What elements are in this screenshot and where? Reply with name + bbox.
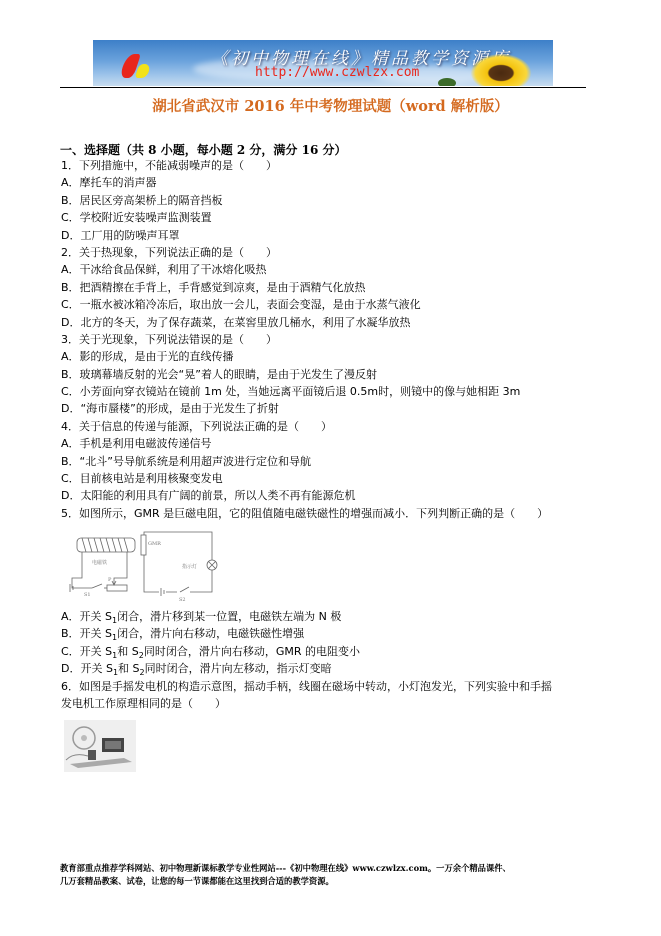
question-stem-continued: 发电机工作原理相同的是（ ） [61, 695, 552, 712]
document-title: 湖北省武汉市 2016 年中考物理试题（word 解析版） [0, 95, 661, 116]
section-heading: 一、选择题（共 8 小题，每小题 2 分，满分 16 分） [60, 141, 346, 158]
circuit-diagram: 电磁铁 GMR 指示灯 P S1 S2 [62, 530, 260, 602]
label-s2: S2 [179, 597, 186, 602]
option: D．北方的冬天，为了保存蔬菜，在菜窖里放几桶水，利用了水凝华放热 [61, 314, 548, 331]
option: A．干冰给食品保鲜，利用了干冰熔化吸热 [61, 261, 548, 278]
option: C．目前核电站是利用核聚变发电 [61, 470, 548, 487]
option: B．“北斗”号导航系统是利用超声波进行定位和导航 [61, 453, 548, 470]
option: D．“海市蜃楼”的形成，是由于光发生了折射 [61, 400, 548, 417]
option: A．影的形成，是由于光的直线传播 [61, 348, 548, 365]
option: C．开关 S1和 S2同时闭合，滑片向右移动，GMR 的电阻变小 [61, 643, 552, 660]
option: A．手机是利用电磁波传递信号 [61, 435, 548, 452]
logo-icon-accent [135, 64, 152, 78]
gmr-icon [141, 535, 146, 555]
option: D．开关 S1和 S2同时闭合，滑片向左移动，指示灯变暗 [61, 660, 552, 677]
label-s1: S1 [84, 592, 91, 598]
sunflower-icon [471, 54, 531, 86]
label-lamp: 指示灯 [182, 563, 197, 570]
option: B．开关 S1闭合，滑片向右移动，电磁铁磁性增强 [61, 625, 552, 642]
option: B．居民区旁高架桥上的隔音挡板 [61, 192, 548, 209]
hand-generator-photo [64, 720, 136, 772]
footer-line: 教育部重点推荐学科网站、初中物理新课标教学专业性网站---《初中物理在线》www… [60, 862, 511, 875]
questions-block-2: A．开关 S1闭合，滑片移到某一位置，电磁铁左端为 N 极 B．开关 S1闭合，… [61, 608, 552, 712]
rheostat-icon [107, 585, 127, 591]
question-stem: 2．关于热现象，下列说法正确的是（ ） [61, 244, 548, 261]
option: C．一瓶水被冰箱冷冻后，取出放一会儿，表面会变湿，是由于水蒸气液化 [61, 296, 548, 313]
question-stem: 3．关于光现象，下列说法错误的是（ ） [61, 331, 548, 348]
label-electromagnet: 电磁铁 [92, 559, 107, 566]
option: C．学校附近安装噪声监测装置 [61, 209, 548, 226]
leaf-icon [438, 78, 456, 86]
banner-url-link[interactable]: http://www.czwlzx.com [255, 65, 419, 80]
site-banner: 《初中物理在线》精品教学资源库 http://www.czwlzx.com [93, 40, 553, 86]
header-divider [60, 87, 586, 88]
option: C．小芳面向穿衣镜站在镜前 1m 处，当她远离平面镜后退 0.5m时，则镜中的像… [61, 383, 548, 400]
question-stem: 1．下列措施中，不能减弱噪声的是（ ） [61, 157, 548, 174]
questions-block-1: 1．下列措施中，不能减弱噪声的是（ ） A．摩托车的消声器 B．居民区旁高架桥上… [61, 157, 548, 522]
label-slider: P [108, 577, 112, 583]
question-stem: 6．如图是手摇发电机的构造示意图，摇动手柄，线圈在磁场中转动，小灯泡发光，下列实… [61, 678, 552, 695]
question-stem: 4．关于信息的传递与能源，下列说法正确的是（ ） [61, 418, 548, 435]
footer-line: 几万套精品教案、试卷，让您的每一节课都能在这里找到合适的教学资源。 [60, 875, 511, 888]
option: A．开关 S1闭合，滑片移到某一位置，电磁铁左端为 N 极 [61, 608, 552, 625]
option: A．摩托车的消声器 [61, 174, 548, 191]
option: D．工厂用的防噪声耳罩 [61, 227, 548, 244]
label-gmr: GMR [148, 541, 161, 547]
option: B．把酒精擦在手背上，手背感觉到凉爽，是由于酒精气化放热 [61, 279, 548, 296]
option: B．玻璃幕墙反射的光会“晃”着人的眼睛，是由于光发生了漫反射 [61, 366, 548, 383]
question-stem: 5．如图所示，GMR 是巨磁电阻，它的阻值随电磁铁磁性的增强而减小．下列判断正确… [61, 505, 548, 522]
option: D．太阳能的利用具有广阔的前景，所以人类不再有能源危机 [61, 487, 548, 504]
page-footer: 教育部重点推荐学科网站、初中物理新课标教学专业性网站---《初中物理在线》www… [60, 862, 511, 887]
